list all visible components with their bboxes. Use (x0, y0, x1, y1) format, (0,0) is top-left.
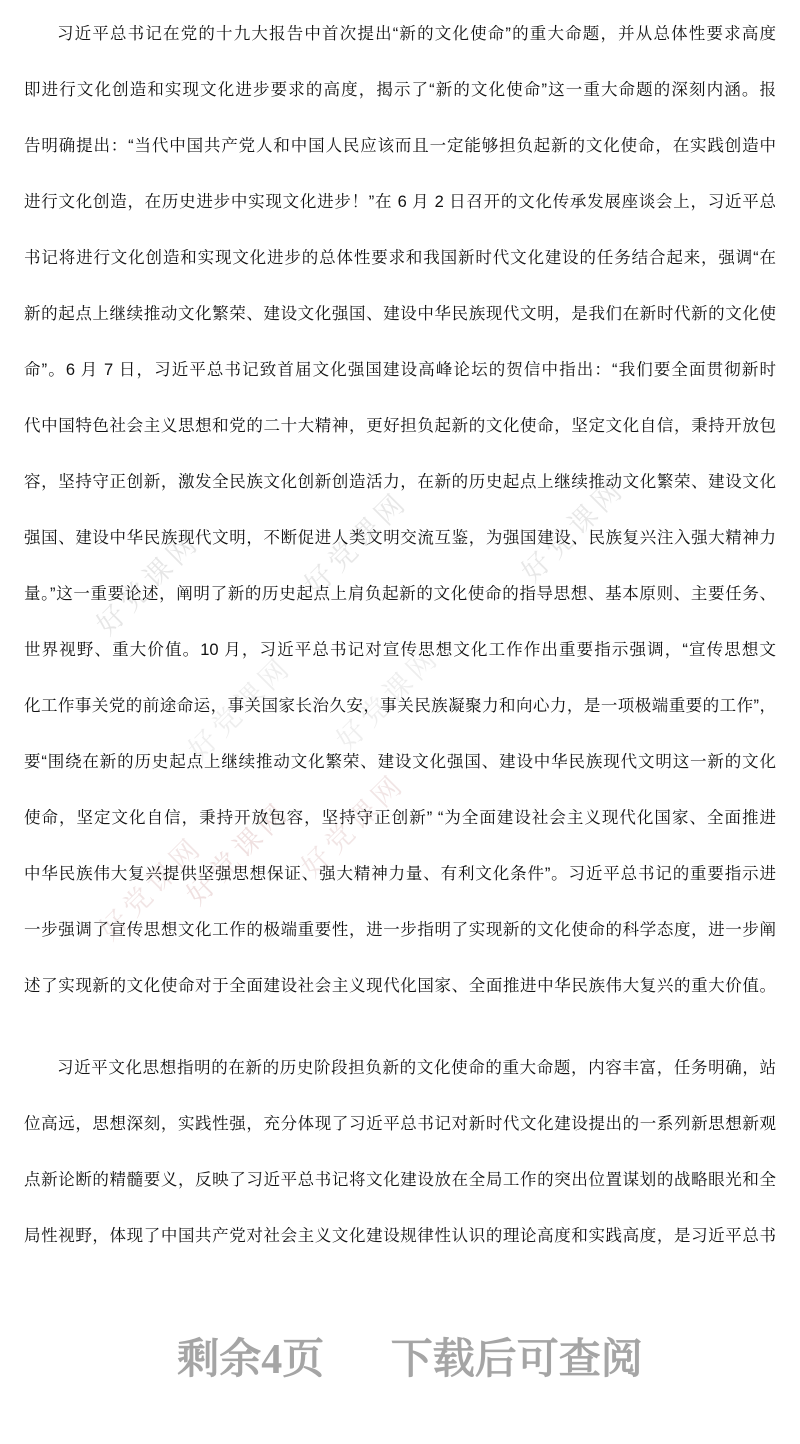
text-line: 位高远，思想深刻，实践性强，充分体现了习近平总书记对新时代文化建设提出的一系列新… (24, 1096, 776, 1152)
text-line: 习近平文化思想指明的在新的历史阶段担负新的文化使命的重大命题，内容丰富，任务明确… (24, 1040, 776, 1096)
text-line: 新的起点上继续推动文化繁荣、建设文化强国、建设中华民族现代文明，是我们在新时代新… (24, 286, 776, 342)
text-line: 中华民族伟大复兴提供坚强思想保证、强大精神力量、有利文化条件”。习近平总书记的重… (24, 846, 776, 902)
text-line: 述了实现新的文化使命对于全面建设社会主义现代化国家、全面推进中华民族伟大复兴的重… (24, 958, 776, 1014)
text-line: 书记将进行文化创造和实现文化进步的总体性要求和我国新时代文化建设的任务结合起来，… (24, 230, 776, 286)
remaining-pages-label: 剩余4页 (177, 1337, 324, 1383)
text-line: 强国、建设中华民族现代文明，不断促进人类文明交流互鉴，为强国建设、民族复兴注入强… (24, 510, 776, 566)
paragraph: 习近平文化思想指明的在新的历史阶段担负新的文化使命的重大命题，内容丰富，任务明确… (24, 1040, 776, 1264)
text-line: 点新论断的精髓要义，反映了习近平总书记将文化建设放在全局工作的突出位置谋划的战略… (24, 1152, 776, 1208)
text-line: 即进行文化创造和实现文化进步要求的高度，揭示了“新的文化使命”这一重大命题的深刻… (24, 62, 776, 118)
text-line: 量。”这一重要论述，阐明了新的历史起点上肩负起新的文化使命的指导思想、基本原则、… (24, 566, 776, 622)
paragraph: 习近平总书记在党的十九大报告中首次提出“新的文化使命”的重大命题，并从总体性要求… (24, 6, 776, 1014)
text-line: 要“围绕在新的历史起点上继续推动文化繁荣、建设文化强国、建设中华民族现代文明这一… (24, 734, 776, 790)
text-line: 一步强调了宣传思想文化工作的极端重要性，进一步指明了实现新的文化使命的科学态度，… (24, 902, 776, 958)
text-line: 局性视野，体现了中国共产党对社会主义文化建设规律性认识的理论高度和实践高度，是习… (24, 1208, 776, 1264)
text-line: 代中国特色社会主义思想和党的二十大精神，更好担负起新的文化使命，坚定文化自信，秉… (24, 398, 776, 454)
text-line: 世界视野、重大价值。10 月，习近平总书记对宣传思想文化工作作出重要指示强调，“… (24, 622, 776, 678)
document-page: 好党课网好党课网好党课网好党课网好党课网好党课网好党课网好党课网 习近平总书记在… (0, 0, 800, 1444)
text-line: 告明确提出：“当代中国共产党人和中国人民应该而且一定能够担负起新的文化使命，在实… (24, 118, 776, 174)
page-footer-notice: 剩余4页 下载后可查阅 (10, 1332, 800, 1388)
text-line: 习近平总书记在党的十九大报告中首次提出“新的文化使命”的重大命题，并从总体性要求… (24, 6, 776, 62)
text-line: 使命，坚定文化自信，秉持开放包容，坚持守正创新” “为全面建设社会主义现代化国家… (24, 790, 776, 846)
text-line: 命”。6 月 7 日，习近平总书记致首届文化强国建设高峰论坛的贺信中指出：“我们… (24, 342, 776, 398)
document-body: 习近平总书记在党的十九大报告中首次提出“新的文化使命”的重大命题，并从总体性要求… (0, 0, 800, 1264)
text-line: 容，坚持守正创新，激发全民族文化创新创造活力，在新的历史起点上继续推动文化繁荣、… (24, 454, 776, 510)
text-line: 化工作事关党的前途命运，事关国家长治久安，事关民族凝聚力和向心力，是一项极端重要… (24, 678, 776, 734)
download-hint: 下载后可查阅 (391, 1337, 643, 1383)
text-line: 进行文化创造，在历史进步中实现文化进步！”在 6 月 2 日召开的文化传承发展座… (24, 174, 776, 230)
